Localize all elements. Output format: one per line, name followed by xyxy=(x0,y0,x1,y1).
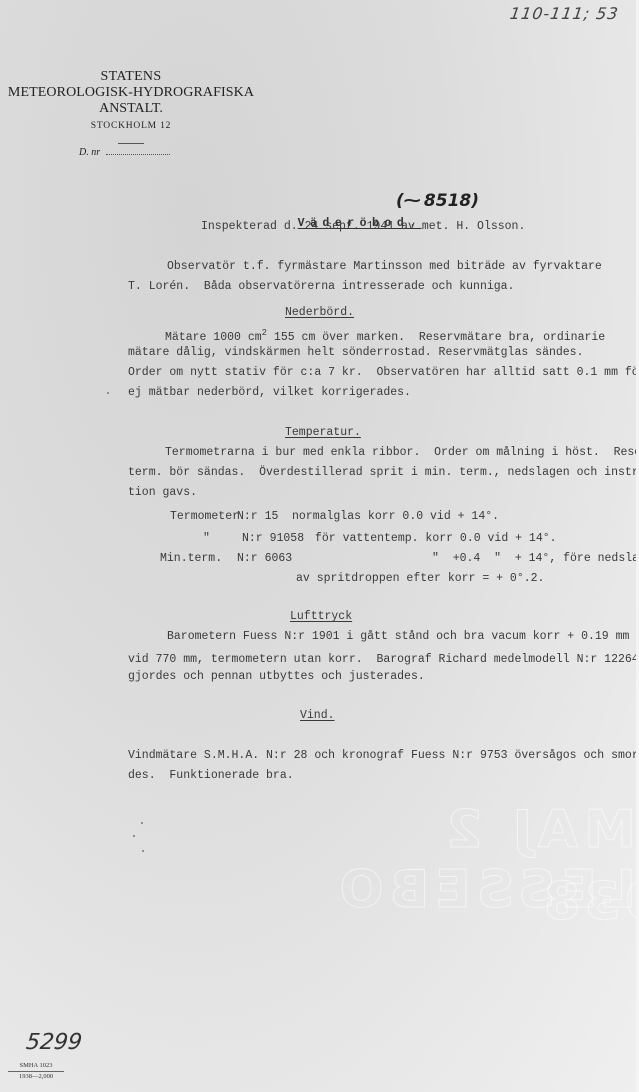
thermometer-description: för vattentemp. korr 0.0 vid + 14°. xyxy=(315,530,557,548)
handwritten-reference: 110-111; 53 xyxy=(509,4,620,23)
section-title-lufttryck: Lufttryck xyxy=(290,608,352,626)
paper-speck xyxy=(142,850,144,852)
intro-line-1: Observatör t.f. fyrmästare Martinsson me… xyxy=(167,258,602,276)
lufttryck-line-3: gjordes och pennan utbyttes och justerad… xyxy=(128,668,425,686)
intro-line-2: T. Lorén. Båda observatörerna intressera… xyxy=(128,278,514,296)
diary-number-blank xyxy=(106,154,170,155)
form-code: SMHA 1023 1938—2,000 xyxy=(8,1062,64,1081)
handwritten-archive-number: 5299 xyxy=(25,1030,84,1055)
thermometer-label: Min.term. xyxy=(160,550,222,568)
thermometer-label: Termometer xyxy=(170,508,239,526)
letterhead-line-1: STATENS xyxy=(0,68,262,85)
section-title-vind: Vind. xyxy=(300,707,335,725)
lufttryck-line-1: Barometern Fuess N:r 1901 i gått stånd o… xyxy=(167,628,629,646)
vind-line-1: Vindmätare S.M.H.A. N:r 28 och kronograf… xyxy=(128,747,639,765)
letterhead-line-3: ANSTALT. xyxy=(0,101,262,117)
section-title-nederbord: Nederbörd. xyxy=(285,304,354,322)
lufttryck-line-2: vid 770 mm, termometern utan korr. Barog… xyxy=(128,648,639,669)
letterhead: STATENS METEOROLOGISK-HYDROGRAFISKA ANST… xyxy=(0,68,262,144)
letterhead-divider xyxy=(118,143,144,144)
document-page: STATENS METEOROLOGISK-HYDROGRAFISKA ANST… xyxy=(0,0,636,1092)
form-code-divider xyxy=(8,1071,64,1072)
thermometer-number: N:r 15 xyxy=(237,508,278,526)
vind-line-2: des. Funktionerade bra. xyxy=(128,767,294,785)
thermometer-number: N:r 91058 xyxy=(242,530,304,548)
nederbord-text: 155 cm över marken. Reservmätare bra, or… xyxy=(267,331,605,344)
nederbord-line-3: Order om nytt stativ för c:a 7 kr. Obser… xyxy=(128,364,639,382)
paper-speck xyxy=(141,822,143,824)
temperatur-line-1: Termometrarna i bur med enkla ribbor. Or… xyxy=(165,444,639,462)
lufttryck-text: vid 770 mm, termometern utan korr. Barog… xyxy=(128,653,639,666)
paper-speck xyxy=(107,392,109,394)
temperatur-after-note: av spritdroppen efter korr = + 0°.2. xyxy=(296,570,544,588)
diary-number-field: D. nr xyxy=(79,147,170,158)
form-code-print-run: 1938—2,000 xyxy=(8,1073,64,1081)
letterhead-line-2: METEOROLOGISK-HYDROGRAFISKA xyxy=(0,85,262,101)
temperatur-line-3: tion gavs. xyxy=(128,484,197,502)
section-title-temperatur: Temperatur. xyxy=(285,424,361,442)
paper-speck xyxy=(133,835,135,837)
inspection-line: Inspekterad d. 24 sept. 1941 av met. H. … xyxy=(201,218,525,236)
diary-number-label: D. nr xyxy=(79,147,100,158)
letterhead-city: STOCKHOLM 12 xyxy=(0,119,262,133)
thermometer-label: " xyxy=(203,530,210,548)
form-code-number: SMHA 1023 xyxy=(8,1062,64,1070)
thermometer-number: N:r 6063 xyxy=(237,550,292,568)
thermometer-description: normalglas korr 0.0 vid + 14°. xyxy=(292,508,499,526)
nederbord-text: Mätare 1000 cm xyxy=(165,331,262,344)
temperatur-line-2: term. bör sändas. Överdestillerad sprit … xyxy=(128,464,639,482)
nederbord-line-2: mätare dålig, vindskärmen helt sönderros… xyxy=(128,344,583,362)
paper-watermark-year: 1938 xyxy=(540,872,639,932)
thermometer-description: " +0.4 " + 14°, före nedslagning xyxy=(432,550,639,568)
nederbord-line-4: ej mätbar nederbörd, vilket korrigerades… xyxy=(128,384,411,402)
handwritten-station-annotation: (⁓ 8518) xyxy=(396,191,479,211)
